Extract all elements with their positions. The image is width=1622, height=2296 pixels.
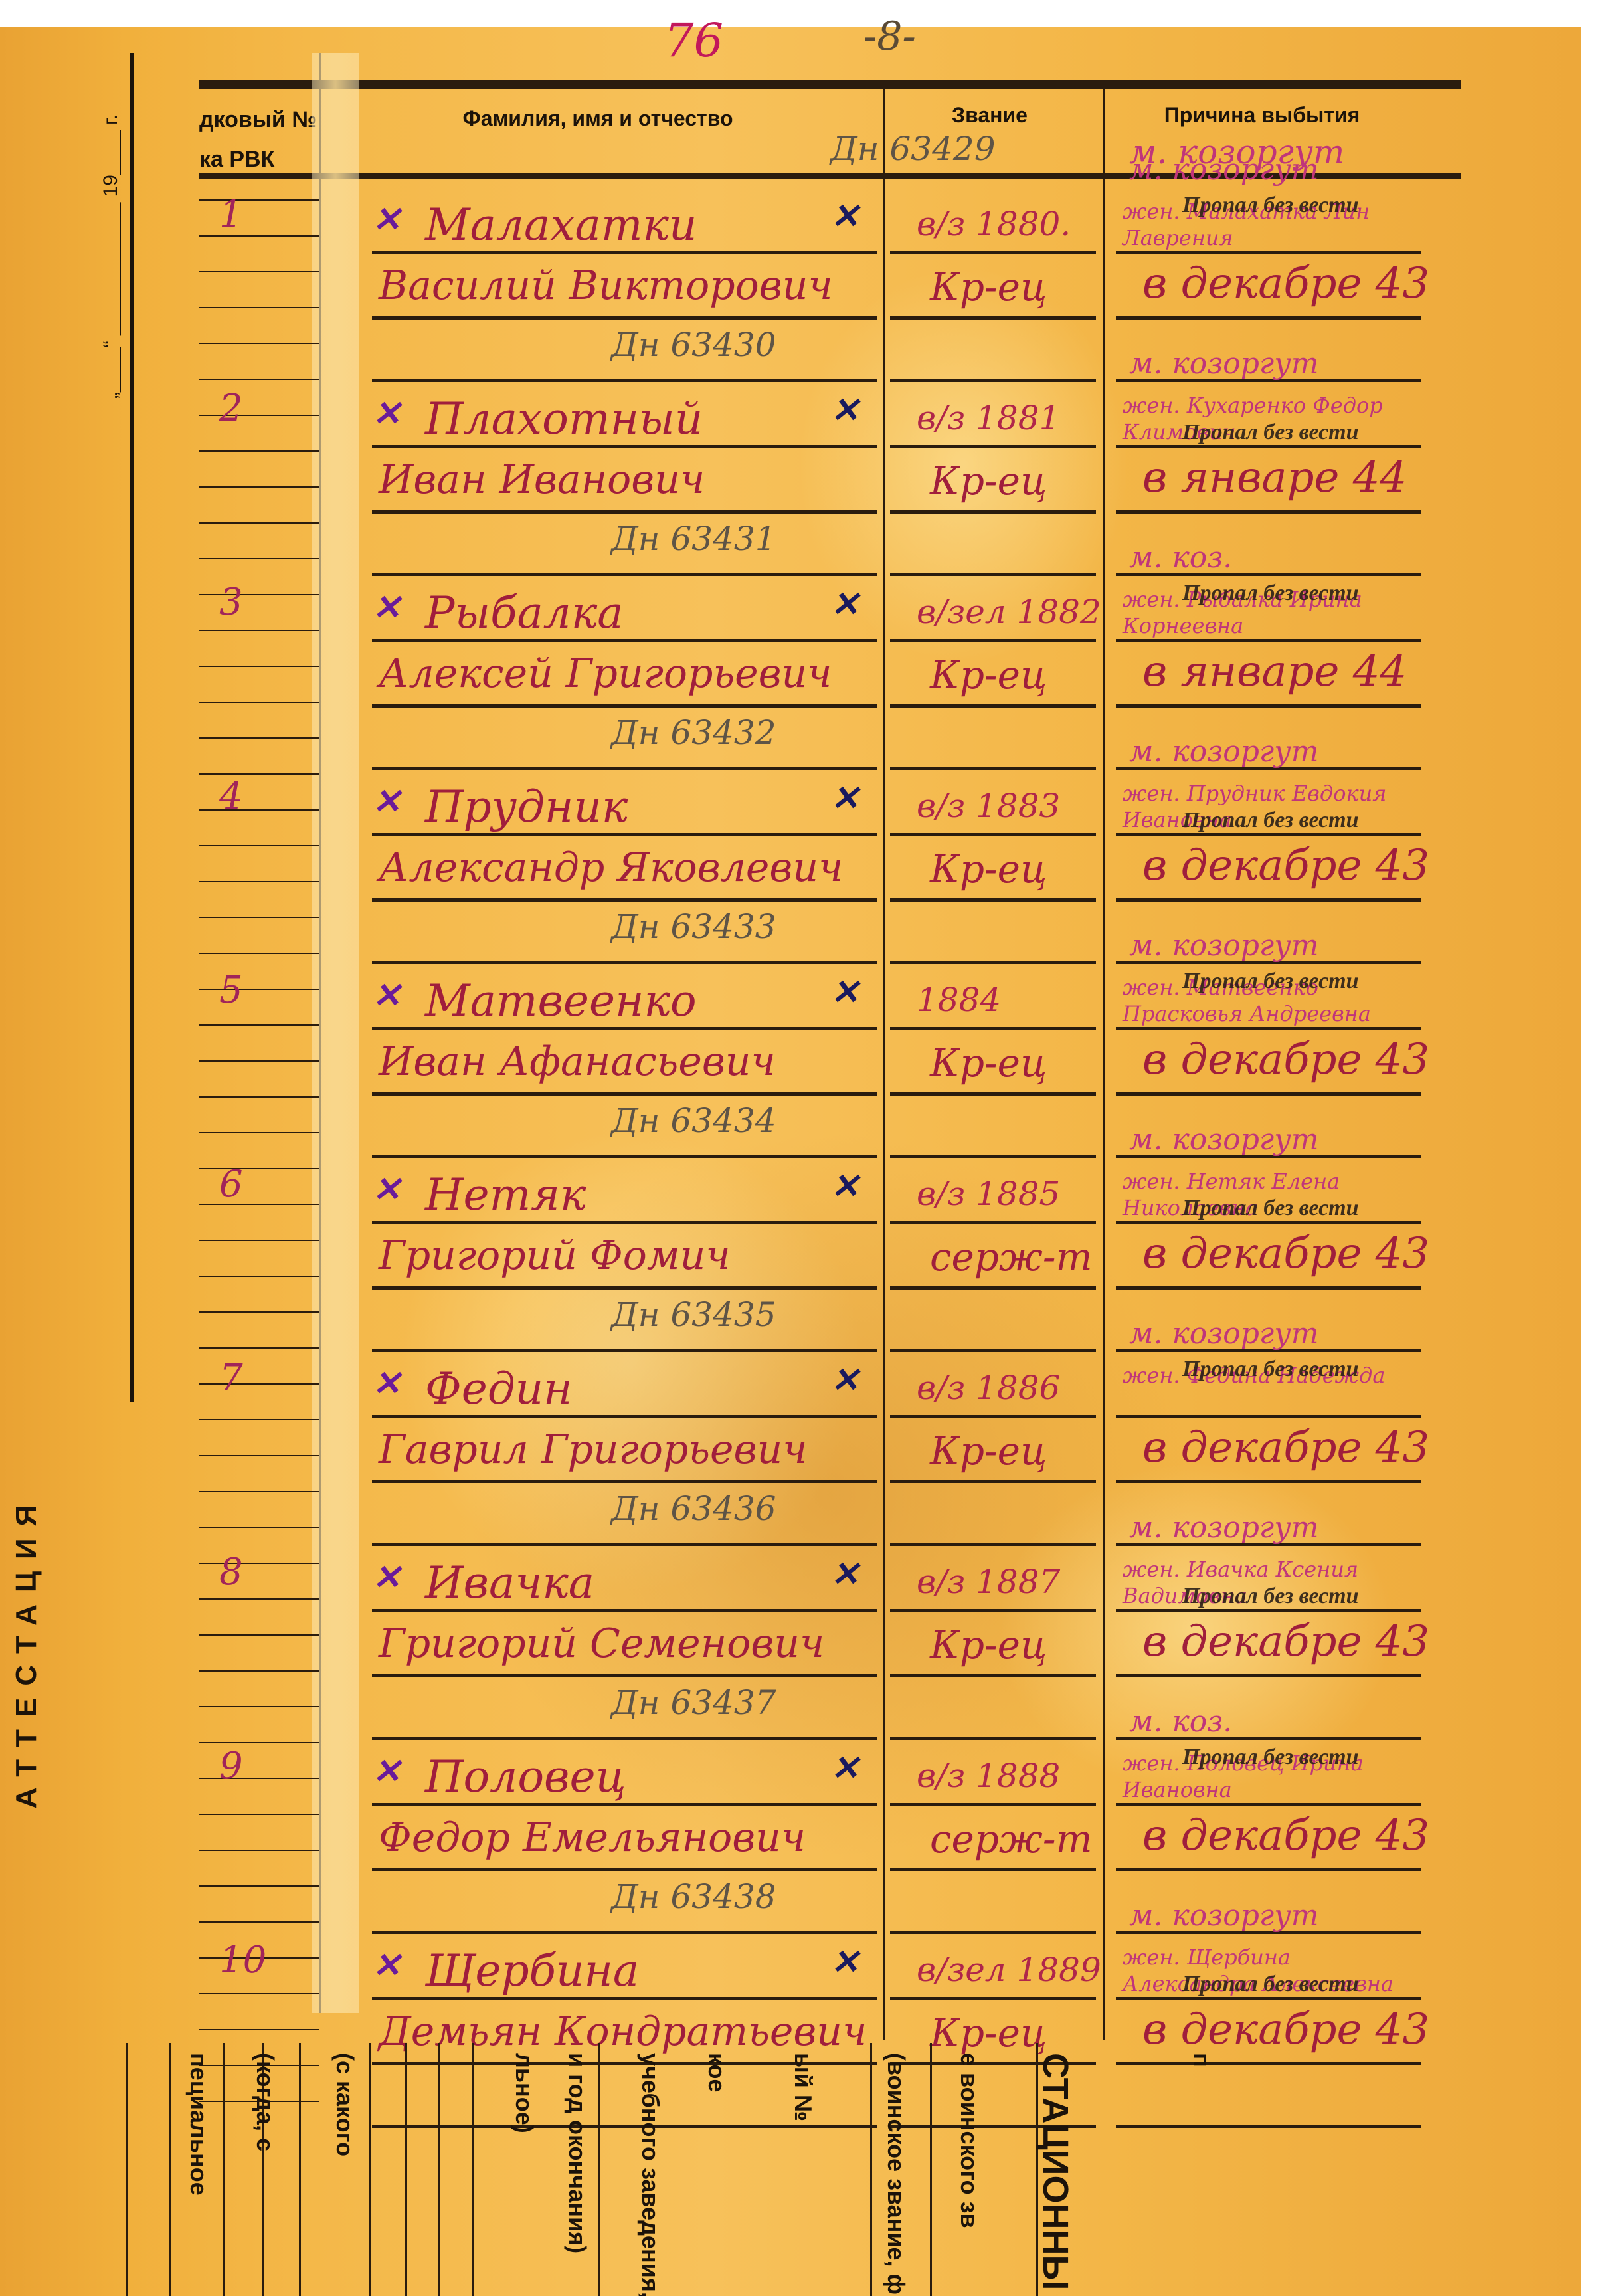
row-rule bbox=[890, 573, 1096, 576]
row-rule bbox=[890, 1543, 1096, 1546]
missing-stamp: Пропал без вести bbox=[1182, 969, 1359, 994]
row-number: 6 bbox=[219, 1163, 243, 1206]
check-mark-blue: ✕ bbox=[830, 1554, 859, 1594]
number-rule bbox=[199, 1634, 319, 1636]
number-rule bbox=[199, 881, 319, 882]
surname: Щербина bbox=[425, 1945, 639, 1996]
number-rule bbox=[199, 379, 319, 380]
number-rule bbox=[199, 1168, 319, 1169]
row-rule bbox=[890, 1674, 1096, 1677]
row-rule bbox=[1116, 1092, 1421, 1096]
reason-note: м. коз. bbox=[1129, 1705, 1232, 1739]
check-mark-blue: ✕ bbox=[830, 196, 859, 237]
number-rule bbox=[199, 666, 319, 667]
number-rule bbox=[199, 1993, 319, 1994]
pencil-ref: Дн 63434 bbox=[611, 1101, 776, 1140]
loss-date: в декабре 43 bbox=[1142, 1229, 1429, 1278]
number-rule bbox=[199, 1240, 319, 1241]
tape-strip bbox=[312, 53, 359, 2013]
form-label: е воинского зв bbox=[955, 2053, 983, 2228]
check-mark-violet: ✕ bbox=[372, 393, 401, 434]
row-rule bbox=[890, 1092, 1096, 1096]
number-rule bbox=[199, 558, 319, 559]
page-number: 76 bbox=[664, 13, 723, 68]
number-rule bbox=[199, 702, 319, 703]
row-number: 10 bbox=[219, 1939, 266, 1982]
reason-note: м. козоргут bbox=[1129, 1123, 1318, 1157]
number-rule bbox=[199, 809, 319, 811]
form-label: и год окончания) bbox=[563, 2053, 591, 2253]
rank: серж-т bbox=[930, 1816, 1092, 1862]
number-column-header: дковый № ка РВК bbox=[199, 53, 319, 179]
number-rule bbox=[199, 415, 319, 416]
col-header-rank: Звание bbox=[890, 103, 1089, 128]
row-rule bbox=[890, 833, 1096, 836]
row-rule bbox=[372, 251, 877, 254]
number-rule bbox=[199, 1204, 319, 1205]
header-line-2: ка РВК bbox=[199, 140, 319, 179]
given-names: Иван Иванович bbox=[379, 456, 705, 503]
number-rule bbox=[199, 737, 319, 739]
check-mark-blue: ✕ bbox=[830, 1748, 859, 1788]
row-rule bbox=[890, 1803, 1096, 1806]
form-column-rule bbox=[472, 2043, 474, 2296]
number-rule bbox=[199, 1850, 319, 1851]
date-line: „____“ ____________ 19____ г. bbox=[100, 114, 122, 399]
number-rule bbox=[199, 1921, 319, 1923]
rank: Кр-ец bbox=[930, 264, 1047, 310]
pencil-ref: Дн 63435 bbox=[611, 1295, 776, 1334]
missing-stamp: Пропал без вести bbox=[1182, 1357, 1359, 1382]
missing-stamp: Пропал без вести bbox=[1182, 808, 1359, 833]
rank: Кр-ец bbox=[930, 1040, 1047, 1086]
attestation-title: АТТЕСТАЦИЯ bbox=[10, 1319, 43, 1983]
loss-date: в декабре 43 bbox=[1142, 1811, 1429, 1860]
number-rule bbox=[199, 1311, 319, 1313]
row-number: 1 bbox=[219, 193, 243, 236]
row-rule bbox=[372, 1480, 877, 1483]
pencil-ref: Дн 63430 bbox=[611, 326, 776, 364]
number-rule bbox=[199, 2029, 319, 2030]
row-rule bbox=[1116, 639, 1421, 642]
given-names: Григорий Семенович bbox=[379, 1620, 824, 1667]
number-rule bbox=[199, 1778, 319, 1779]
row-rule bbox=[890, 316, 1096, 320]
form-label: льное) bbox=[510, 2053, 538, 2133]
row-rule bbox=[890, 767, 1096, 770]
check-mark-blue: ✕ bbox=[830, 972, 859, 1012]
form-column-rule bbox=[369, 2043, 371, 2296]
number-rule bbox=[199, 845, 319, 846]
check-mark-violet: ✕ bbox=[372, 1557, 401, 1598]
reason-note: м. козоргут bbox=[1129, 735, 1318, 769]
form-column-rule bbox=[126, 2043, 128, 2296]
check-mark-blue: ✕ bbox=[830, 1942, 859, 1982]
row-rule bbox=[372, 1543, 877, 1546]
row-rule bbox=[890, 1155, 1096, 1158]
row-number: 5 bbox=[219, 969, 243, 1012]
col-divider bbox=[883, 80, 885, 2040]
form-label: ый № bbox=[789, 2053, 817, 2121]
row-rule bbox=[372, 704, 877, 708]
surname: Малахатки bbox=[425, 199, 697, 250]
number-rule bbox=[199, 1024, 319, 1026]
number-rule bbox=[199, 1670, 319, 1672]
row-rule bbox=[1116, 316, 1421, 320]
rank: Кр-ец bbox=[930, 1428, 1047, 1474]
row-rule bbox=[1116, 1415, 1421, 1418]
number-rule bbox=[199, 1885, 319, 1887]
row-number: 4 bbox=[219, 775, 243, 818]
check-mark-violet: ✕ bbox=[372, 587, 401, 628]
number-rule bbox=[199, 199, 319, 201]
row-rule bbox=[372, 445, 877, 448]
row-rule bbox=[1116, 704, 1421, 708]
given-names: Василий Викторович bbox=[379, 262, 833, 309]
row-rule bbox=[372, 1674, 877, 1677]
number-rule bbox=[199, 594, 319, 595]
reason-note: м. коз. bbox=[1129, 541, 1232, 575]
rank: серж-т bbox=[930, 1234, 1092, 1280]
number-rule bbox=[199, 773, 319, 775]
header-pencil-ref: Дн 63429 bbox=[830, 130, 996, 168]
surname: Матвеенко bbox=[425, 975, 697, 1026]
form-column-rule bbox=[223, 2043, 225, 2296]
missing-stamp: Пропал без вести bbox=[1182, 1745, 1359, 1770]
number-rule bbox=[199, 630, 319, 631]
row-rule bbox=[372, 639, 877, 642]
row-rule bbox=[372, 379, 877, 382]
given-names: Григорий Фомич bbox=[379, 1232, 731, 1279]
row-rule bbox=[890, 1286, 1096, 1290]
birth-year: в/з 1880. bbox=[917, 205, 1071, 243]
form-column-rule bbox=[870, 2043, 872, 2296]
number-rule bbox=[199, 343, 319, 344]
check-mark-blue: ✕ bbox=[830, 1166, 859, 1206]
loss-date: в декабре 43 bbox=[1142, 1423, 1429, 1472]
form-label: (с какого bbox=[331, 2053, 359, 2156]
row-rule bbox=[372, 833, 877, 836]
rank: Кр-ец bbox=[930, 652, 1047, 698]
form-label: п bbox=[1188, 2053, 1216, 2067]
row-rule bbox=[1116, 1997, 1421, 2000]
form-column-rule bbox=[169, 2043, 171, 2296]
loss-date: в декабре 43 bbox=[1142, 1035, 1429, 1084]
row-rule bbox=[890, 1221, 1096, 1224]
row-rule bbox=[372, 316, 877, 320]
pencil-ref: Дн 63431 bbox=[611, 520, 776, 558]
birth-year: 1884 bbox=[917, 981, 1001, 1019]
row-rule bbox=[890, 1027, 1096, 1030]
row-rule bbox=[372, 961, 877, 964]
given-names: Александр Яковлевич bbox=[379, 844, 843, 891]
loss-date: в январе 44 bbox=[1142, 647, 1407, 696]
number-rule bbox=[199, 1563, 319, 1564]
reason-note: м. козоргут bbox=[1129, 1511, 1318, 1545]
number-rule bbox=[199, 1419, 319, 1420]
row-number: 8 bbox=[219, 1551, 243, 1594]
row-rule bbox=[372, 573, 877, 576]
row-rule bbox=[1116, 1480, 1421, 1483]
number-rule bbox=[199, 1491, 319, 1492]
row-rule bbox=[1116, 1221, 1421, 1224]
row-rule bbox=[1116, 1286, 1421, 1290]
number-rule bbox=[199, 1132, 319, 1133]
number-rule bbox=[199, 450, 319, 452]
birth-year: в/з 1881 bbox=[917, 399, 1060, 437]
row-rule bbox=[372, 1737, 877, 1740]
loss-date: в декабре 43 bbox=[1142, 259, 1429, 308]
missing-stamp: Пропал без вести bbox=[1182, 193, 1359, 218]
row-rule bbox=[890, 445, 1096, 448]
form-label: (воинское звание, ф bbox=[882, 2053, 910, 2295]
number-rule bbox=[199, 1527, 319, 1528]
row-rule bbox=[372, 1997, 877, 2000]
col-header-name: Фамилия, имя и отчество bbox=[412, 106, 784, 131]
number-rule bbox=[199, 1706, 319, 1707]
row-rule bbox=[372, 1221, 877, 1224]
birth-year: в/з 1885 bbox=[917, 1175, 1060, 1213]
number-rule bbox=[199, 953, 319, 954]
col-divider bbox=[1103, 80, 1105, 2040]
check-mark-violet: ✕ bbox=[372, 1363, 401, 1404]
number-rule bbox=[199, 271, 319, 272]
row-rule bbox=[890, 1609, 1096, 1612]
row-rule bbox=[890, 1931, 1096, 1934]
check-mark-violet: ✕ bbox=[372, 1169, 401, 1210]
form-label: СТАЦИОННЫ bbox=[1035, 2053, 1076, 2290]
row-rule bbox=[372, 898, 877, 902]
number-rule bbox=[199, 522, 319, 524]
row-rule bbox=[890, 639, 1096, 642]
row-rule bbox=[372, 1803, 877, 1806]
row-rule bbox=[1116, 1609, 1421, 1612]
loss-date: в декабре 43 bbox=[1142, 841, 1429, 890]
check-mark-blue: ✕ bbox=[830, 584, 859, 624]
row-number: 3 bbox=[219, 581, 243, 624]
number-rule bbox=[199, 1455, 319, 1456]
row-rule bbox=[890, 1415, 1096, 1418]
row-rule bbox=[890, 251, 1096, 254]
rank: Кр-ец bbox=[930, 846, 1047, 892]
attestation-strip: „____“ ____________ 19____ г. АТТЕСТАЦИЯ bbox=[0, 27, 193, 1654]
form-label: кое bbox=[703, 2053, 731, 2093]
row-rule bbox=[1116, 1803, 1421, 1806]
number-rule bbox=[199, 1096, 319, 1098]
rank: Кр-ец bbox=[930, 458, 1047, 504]
number-rule bbox=[199, 307, 319, 308]
row-rule bbox=[890, 1868, 1096, 1871]
row-rule bbox=[372, 1027, 877, 1030]
given-names: Алексей Григорьевич bbox=[379, 650, 832, 697]
row-rule bbox=[890, 704, 1096, 708]
form-label: (когда, с bbox=[251, 2053, 279, 2151]
given-names: Гаврил Григорьевич bbox=[379, 1426, 807, 1473]
row-rule bbox=[372, 767, 877, 770]
row-rule bbox=[372, 1286, 877, 1290]
header-line-1: дковый № bbox=[199, 100, 319, 140]
header-top-rule bbox=[199, 80, 1461, 89]
surname: Рыбалка bbox=[425, 587, 624, 638]
row-rule bbox=[1116, 898, 1421, 902]
birth-year: в/з 1887 bbox=[917, 1563, 1060, 1601]
birth-year: в/з 1888 bbox=[917, 1757, 1060, 1795]
row-rule bbox=[1116, 833, 1421, 836]
loss-date: в январе 44 bbox=[1142, 453, 1407, 502]
pencil-ref: Дн 63433 bbox=[611, 908, 776, 946]
row-number: 2 bbox=[219, 387, 243, 430]
check-mark-violet: ✕ bbox=[372, 781, 401, 822]
check-mark-blue: ✕ bbox=[830, 390, 859, 430]
reason-note: м. козоргут bbox=[1129, 1899, 1318, 1933]
surname: Плахотный bbox=[425, 393, 703, 444]
missing-stamp: Пропал без вести bbox=[1182, 1584, 1359, 1609]
number-rule bbox=[199, 235, 319, 237]
check-mark-blue: ✕ bbox=[830, 778, 859, 818]
row-rule bbox=[372, 1415, 877, 1418]
check-mark-violet: ✕ bbox=[372, 1751, 401, 1792]
sheet-number: -8- bbox=[863, 13, 916, 60]
loss-date: в декабре 43 bbox=[1142, 1617, 1429, 1666]
birth-year: в/зел 1889 bbox=[917, 1951, 1101, 1989]
form-column-rule bbox=[930, 2043, 932, 2296]
reason-note: м. козоргут bbox=[1129, 347, 1318, 381]
form-column-rule bbox=[405, 2043, 407, 2296]
form-label: учебного заведения, bbox=[636, 2053, 664, 2296]
pencil-ref: Дн 63436 bbox=[611, 1489, 776, 1528]
missing-stamp: Пропал без вести bbox=[1182, 420, 1359, 445]
surname: Ивачка bbox=[425, 1557, 594, 1608]
row-number: 7 bbox=[219, 1357, 243, 1400]
row-number: 9 bbox=[219, 1745, 243, 1788]
row-rule bbox=[372, 1092, 877, 1096]
form-column-rule bbox=[598, 2043, 600, 2296]
pencil-ref: Дн 63432 bbox=[611, 714, 776, 752]
row-rule bbox=[372, 1868, 877, 1871]
pencil-ref: Дн 63438 bbox=[611, 1877, 776, 1916]
number-rule bbox=[199, 917, 319, 918]
number-rule bbox=[199, 1598, 319, 1600]
form-column-rule bbox=[438, 2043, 440, 2296]
row-rule bbox=[1116, 510, 1421, 514]
number-rule bbox=[199, 486, 319, 488]
given-names: Федор Емельянович bbox=[379, 1814, 806, 1861]
birth-year: в/з 1883 bbox=[917, 787, 1060, 825]
missing-stamp: Пропал без вести bbox=[1182, 581, 1359, 606]
row-rule bbox=[1116, 1868, 1421, 1871]
surname: Федин bbox=[425, 1363, 573, 1414]
number-rule bbox=[199, 1742, 319, 1743]
row-rule bbox=[372, 1931, 877, 1934]
check-mark-blue: ✕ bbox=[830, 1360, 859, 1400]
reason-note: м. козоргут bbox=[1129, 929, 1318, 963]
row-rule bbox=[890, 1349, 1096, 1352]
row-rule bbox=[890, 1480, 1096, 1483]
row-rule bbox=[890, 961, 1096, 964]
birth-year: в/з 1886 bbox=[917, 1369, 1060, 1407]
rank: Кр-ец bbox=[930, 1622, 1047, 1668]
number-rule bbox=[199, 1276, 319, 1277]
number-column: дковый № ка РВК bbox=[199, 53, 321, 2013]
row-rule bbox=[1116, 445, 1421, 448]
row-rule bbox=[890, 510, 1096, 514]
check-mark-violet: ✕ bbox=[372, 975, 401, 1016]
form-label: пециальное bbox=[185, 2053, 213, 2196]
surname: Прудник bbox=[425, 781, 628, 832]
given-names: Иван Афанасьевич bbox=[379, 1038, 776, 1085]
surname: Нетяк bbox=[425, 1169, 586, 1220]
row-rule bbox=[372, 1155, 877, 1158]
row-rule bbox=[372, 1609, 877, 1612]
row-rule bbox=[372, 1349, 877, 1352]
number-rule bbox=[199, 1347, 319, 1349]
row-rule bbox=[890, 1737, 1096, 1740]
col-header-reason: Причина выбытия bbox=[1116, 103, 1408, 128]
form-column-rule bbox=[299, 2043, 301, 2296]
pencil-ref: Дн 63437 bbox=[611, 1683, 776, 1722]
missing-stamp: Пропал без вести bbox=[1182, 1972, 1359, 1997]
check-mark-violet: ✕ bbox=[372, 1945, 401, 1986]
missing-stamp: Пропал без вести bbox=[1182, 1196, 1359, 1221]
strip-rule bbox=[130, 53, 134, 1402]
row-rule bbox=[1116, 1027, 1421, 1030]
surname: Половец bbox=[425, 1751, 626, 1802]
row-rule bbox=[1116, 1674, 1421, 1677]
reason-note: м. козоргут bbox=[1129, 153, 1318, 187]
row-rule bbox=[1116, 251, 1421, 254]
birth-year: в/зел 1882 bbox=[917, 593, 1101, 631]
row-rule bbox=[890, 898, 1096, 902]
row-rule bbox=[372, 510, 877, 514]
check-mark-violet: ✕ bbox=[372, 199, 401, 240]
row-rule bbox=[890, 1997, 1096, 2000]
number-rule bbox=[199, 1060, 319, 1062]
number-rule bbox=[199, 1814, 319, 1815]
number-rule bbox=[199, 989, 319, 990]
row-rule bbox=[890, 379, 1096, 382]
number-rule bbox=[199, 1383, 319, 1385]
reason-note: м. козоргут bbox=[1129, 1317, 1318, 1351]
